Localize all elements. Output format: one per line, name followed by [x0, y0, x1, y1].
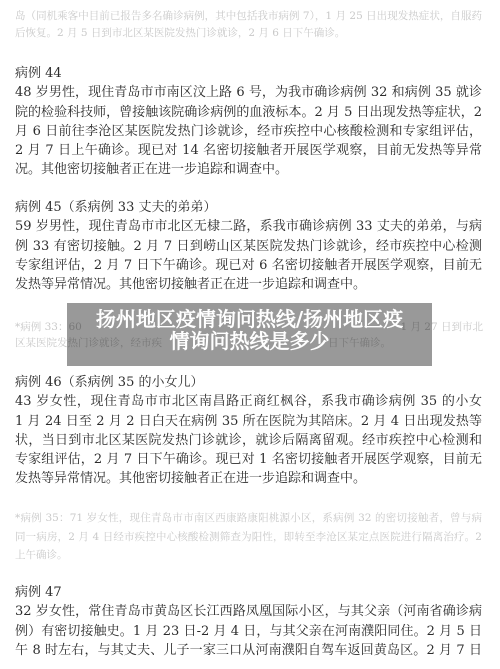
case-text-line: 32 岁女性，常住青岛市黄岛区长江西路凤凰国际小区，与其父亲（河南省确诊病 [15, 602, 482, 621]
case-47-section: 病例 47 32 岁女性，常住青岛市黄岛区长江西路凤凰国际小区，与其父亲（河南省… [15, 583, 482, 660]
faded-text-line: 岛（同机乘客中目前已报告多名确诊病例，其中包括我市病例 7），1 月 25 日出… [15, 8, 482, 25]
case-text-line: 43 岁女性，现住青岛市市北区南昌路正商红枫谷，系我市确诊病例 35 的小女儿， [15, 392, 482, 411]
case-46-section: 病例 46（系病例 35 的小女儿） 43 岁女性，现住青岛市市北区南昌路正商红… [15, 373, 482, 489]
case-heading: 病例 47 [15, 583, 482, 602]
case-text-line: 月 6 日前往李沧区某医院发热门诊就诊，经市疾控中心核酸检测和专家组评估， [15, 122, 482, 141]
case-text-line: 院的检验科技师，曾接触该院确诊病例的血液标本。2 月 5 日出现发热等症状，2 [15, 103, 482, 122]
case-text-line: 状，当日到市北区某医院发热门诊就诊，就诊后隔离留观。经市疾控中心检测和 [15, 431, 482, 450]
faded-case-35-note: *病例 35：71 岁女性，现住青岛市市南区西康路康阳桃源小区，系病例 32 的… [15, 509, 482, 565]
article-title-line: 扬州地区疫情询问热线/扬州地区疫 [67, 308, 432, 330]
faded-text-line: 同一病房，2 月 4 日经市疾控中心核酸检测筛查为阳性，即转至李沧区某定点医院进… [15, 528, 482, 547]
faded-previous-case-text: 岛（同机乘客中目前已报告多名确诊病例，其中包括我市病例 7），1 月 25 日出… [15, 8, 482, 41]
case-text-line: 48 岁男性，现住青岛市市南区汶上路 6 号，为我市确诊病例 32 和病例 35… [15, 83, 482, 102]
article-title-overlay[interactable]: 扬州地区疫情询问热线/扬州地区疫 情询问热线是多少 [67, 303, 432, 366]
case-text-line: 发热等异常情况。其他密切接触者正在进一步追踪和调查中。 [15, 469, 482, 488]
case-44-section: 病例 44 48 岁男性，现住青岛市市南区汶上路 6 号，为我市确诊病例 32 … [15, 64, 482, 180]
document-page: 岛（同机乘客中目前已报告多名确诊病例，其中包括我市病例 7），1 月 25 日出… [0, 0, 500, 669]
case-text-line: 59 岁男性，现住青岛市市北区无棣二路，系我市确诊病例 33 丈夫的弟弟，与病 [15, 217, 482, 236]
case-text-line: 1 月 24 日至 2 月 2 日白天在病例 35 所在医院为其陪床。2 月 4… [15, 412, 482, 431]
case-heading: 病例 44 [15, 64, 482, 83]
case-text-line: 例 33 有密切接触。2 月 7 日到崂山区某医院发热门诊就诊，经市疾控中心检测… [15, 237, 482, 256]
case-text-line: 专家组评估，2 月 7 日下午确诊。现已对 6 名密切接触者开展医学观察，目前无 [15, 256, 482, 275]
case-text-line: 专家组评估，2 月 7 日下午确诊。现已对 1 名密切接触者开展医学观察，目前无 [15, 450, 482, 469]
case-text-line: 午 8 时左右，与其丈夫、儿子一家三口从河南濮阳自驾车返回黄岛区。2 月 7 日 [15, 641, 482, 660]
article-title-line: 情询问热线是多少 [67, 330, 432, 352]
case-heading: 病例 46（系病例 35 的小女儿） [15, 373, 482, 392]
case-text-line: 例）有密切接触史。1 月 23 日-2 月 4 日，与其父亲在河南濮阳同住。2 … [15, 622, 482, 641]
faded-text-line: 上午确诊。 [15, 546, 482, 565]
case-45-section: 病例 45（系病例 33 丈夫的弟弟） 59 岁男性，现住青岛市市北区无棣二路，… [15, 198, 482, 294]
case-text-line: 发热等异常情况。其他密切接触者正在进一步追踪和调查中。 [15, 275, 482, 294]
faded-text-line: 后恢复。2 月 5 日到市北区某医院发热门诊就诊，2 月 6 日下午确诊。 [15, 25, 482, 42]
case-text-line: 2 月 7 日上午确诊。现已对 14 名密切接触者开展医学观察，目前无发热等异常… [15, 141, 482, 160]
faded-text-line: *病例 35：71 岁女性，现住青岛市市南区西康路康阳桃源小区，系病例 32 的… [15, 509, 482, 528]
case-text-line: 况。其他密切接触者正在进一步追踪和调查中。 [15, 160, 482, 179]
case-heading: 病例 45（系病例 33 丈夫的弟弟） [15, 198, 482, 217]
